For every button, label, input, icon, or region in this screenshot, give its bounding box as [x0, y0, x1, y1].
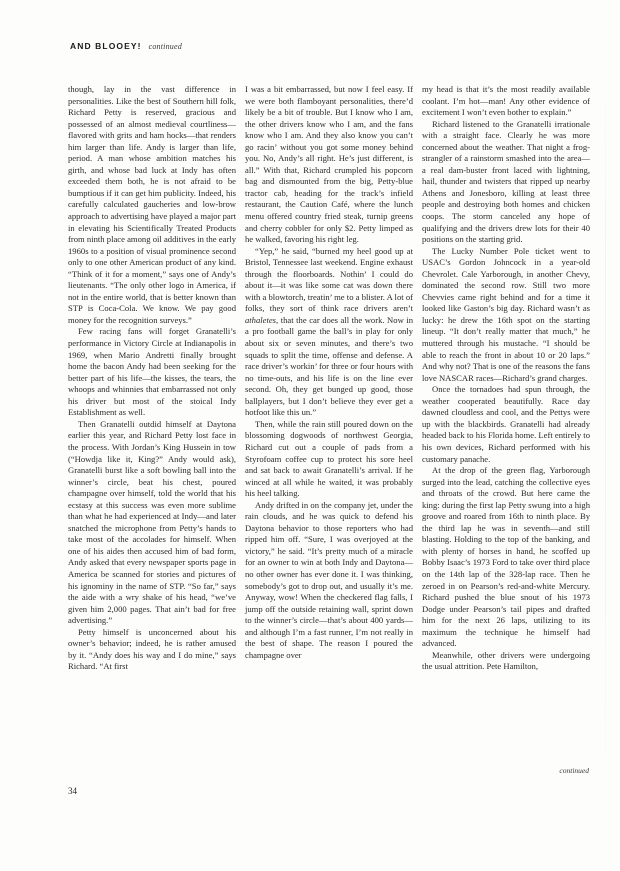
paragraph: Andy drifted in on the company jet, unde…	[245, 500, 413, 662]
paragraph: Once the tornadoes had spun through, the…	[422, 384, 590, 465]
page-number: 34	[68, 786, 77, 796]
running-header: AND BLOOEY!continued	[70, 36, 182, 54]
paragraph: Few racing fans will forget Granatelli’s…	[68, 326, 236, 418]
paragraph: I was a bit embarrassed, but now I feel …	[245, 84, 413, 246]
paragraph: Meanwhile, other drivers were undergoing…	[422, 650, 590, 673]
article-title: AND BLOOEY!	[70, 41, 142, 51]
column-3: my head is that it’s the most readily av…	[422, 84, 590, 673]
paragraph: though, lay in the vast difference in pe…	[68, 84, 236, 326]
paragraph: Then, while the rain still poured down o…	[245, 419, 413, 500]
paragraph: At the drop of the green flag, Yarboroug…	[422, 465, 590, 650]
paragraph: my head is that it’s the most readily av…	[422, 84, 590, 119]
column-1: though, lay in the vast difference in pe…	[68, 84, 236, 673]
column-2: I was a bit embarrassed, but now I feel …	[245, 84, 413, 673]
page-edge-shadow	[605, 60, 606, 811]
paragraph: Richard listened to the Granatelli irrat…	[422, 119, 590, 246]
paragraph: The Lucky Number Pole ticket went to USA…	[422, 246, 590, 385]
header-continued-label: continued	[149, 42, 182, 51]
paragraph: Petty himself is unconcerned about his o…	[68, 627, 236, 673]
footer-continued-label: continued	[559, 766, 589, 775]
paragraph: Then Granatelli outdid himself at Dayton…	[68, 419, 236, 627]
article-columns: though, lay in the vast difference in pe…	[68, 84, 590, 673]
magazine-page: AND BLOOEY!continued though, lay in the …	[0, 0, 620, 871]
paragraph: “Yep,” he said, “burned my heel good up …	[245, 246, 413, 419]
